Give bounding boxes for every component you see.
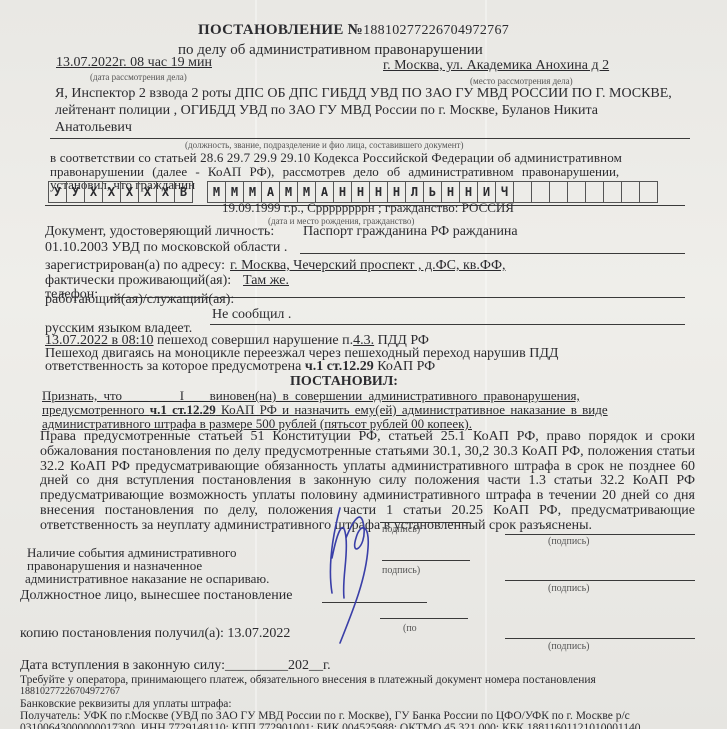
signature-caption: (подпись) — [548, 641, 590, 652]
liability-prefix: ответственность за которое предусмотрена — [45, 359, 305, 374]
official-label: Должностное лицо, вынесшее постановление — [20, 588, 292, 604]
name-letter-cell: Х — [120, 181, 139, 203]
name-letter-cell — [567, 181, 586, 203]
liability-line: ответственность за которое предусмотрена… — [45, 359, 435, 375]
fine-decree-document: ПОСТАНОВЛЕНИЕ №18810277226704972767 по д… — [0, 0, 727, 729]
officer-caption: (должность, звание, подразделение и фио … — [185, 140, 463, 150]
decision-line-2-prefix: предусмотренного — [42, 402, 150, 417]
id-issued: 01.10.2003 УВД по московской области . — [45, 240, 287, 256]
document-title: ПОСТАНОВЛЕНИЕ №18810277226704972767 — [198, 22, 509, 39]
name-letter-cell — [531, 181, 550, 203]
id-label: Документ, удостоверяющий личность: — [45, 224, 274, 240]
name-letter-cell: Х — [156, 181, 175, 203]
birth-info: 19.09.1999 г.р., Сррррррррн ; гражданств… — [222, 200, 514, 216]
name-letter-cell — [603, 181, 622, 203]
name-letter-cell: Х — [138, 181, 157, 203]
signature-line — [505, 534, 695, 535]
decision-article: ч.1 ст.12.29 — [150, 402, 216, 417]
name-letter-cell — [621, 181, 640, 203]
name-letter-cell — [513, 181, 532, 203]
signature-line — [505, 638, 695, 639]
signature-line — [380, 618, 468, 619]
document-subtitle: по делу об административном правонарушен… — [178, 42, 483, 59]
signature-caption: (подпись) — [548, 536, 590, 547]
name-letter-cell — [549, 181, 568, 203]
name-letter-cell: В — [174, 181, 193, 203]
divider — [210, 324, 685, 325]
name-letter-cell: У — [66, 181, 85, 203]
divider — [50, 138, 690, 139]
registration-address: г. Москва, Чечерский проспект , д.ФС, кв… — [230, 258, 506, 274]
residence-value: Там же. — [243, 273, 289, 289]
review-place: г. Москва, ул. Академика Анохина д 2 — [383, 58, 609, 74]
name-letter-cell — [585, 181, 604, 203]
name-letter-cell: Х — [102, 181, 121, 203]
officer-line-3: Анатольевич — [55, 120, 132, 136]
liability-suffix: КоАП РФ — [374, 359, 435, 374]
handwritten-signature — [310, 498, 390, 648]
title-text: ПОСТАНОВЛЕНИЕ № — [198, 22, 363, 38]
registration-label: зарегистрирован(а) по адресу: — [45, 258, 225, 274]
decision-line-2-suffix: КоАП РФ и назначить ему(ей) администрати… — [216, 402, 608, 417]
work-label: работающий(ая)/служащий(ая): — [45, 292, 234, 308]
review-place-caption: (место рассмотрения дела) — [470, 76, 573, 86]
bank-heading: Банковские реквизиты для уплаты штрафа: — [20, 698, 232, 710]
name-letter-cell — [639, 181, 658, 203]
name-letter-cell: Х — [84, 181, 103, 203]
signature-line — [505, 580, 695, 581]
copy-received: копию постановления получил(а): 13.07.20… — [20, 626, 290, 642]
liability-article: ч.1 ст.12.29 — [305, 359, 374, 374]
bank-requisites: 03100643000000017300, ИНН 7729148110; КП… — [20, 722, 641, 729]
order-number: 18810277226704972767 — [20, 686, 120, 697]
signature-line — [382, 560, 470, 561]
signature-caption: (подпись) — [548, 583, 590, 594]
name-letter-cell — [192, 181, 208, 203]
operator-note: Требуйте у оператора, принимающего плате… — [20, 674, 596, 686]
consent-line-3: административное наказание не оспариваю. — [25, 571, 269, 587]
id-value: Паспорт гражданина РФ ражданина — [303, 224, 518, 240]
divider — [300, 253, 685, 254]
signature-caption: (по — [403, 623, 417, 634]
review-datetime: 13.07.2022г. 08 час 19 мин — [56, 55, 212, 71]
decree-number: 18810277226704972767 — [363, 23, 509, 38]
name-letter-cell: У — [48, 181, 67, 203]
bank-recipient: Получатель: УФК по г.Москве (УВД по ЗАО … — [20, 710, 630, 722]
officer-line-2: лейтенант полиции , ОГИБДД УВД по ЗАО ГУ… — [55, 103, 598, 119]
officer-line-1: Я, Инспектор 2 взвода 2 роты ДПС ОБ ДПС … — [55, 86, 672, 102]
review-date-caption: (дата рассмотрения дела) — [90, 72, 187, 82]
effective-date: Дата вступления в законную силу:________… — [20, 658, 331, 674]
work-value: Не сообщил . — [212, 307, 291, 323]
signature-line — [380, 522, 470, 523]
